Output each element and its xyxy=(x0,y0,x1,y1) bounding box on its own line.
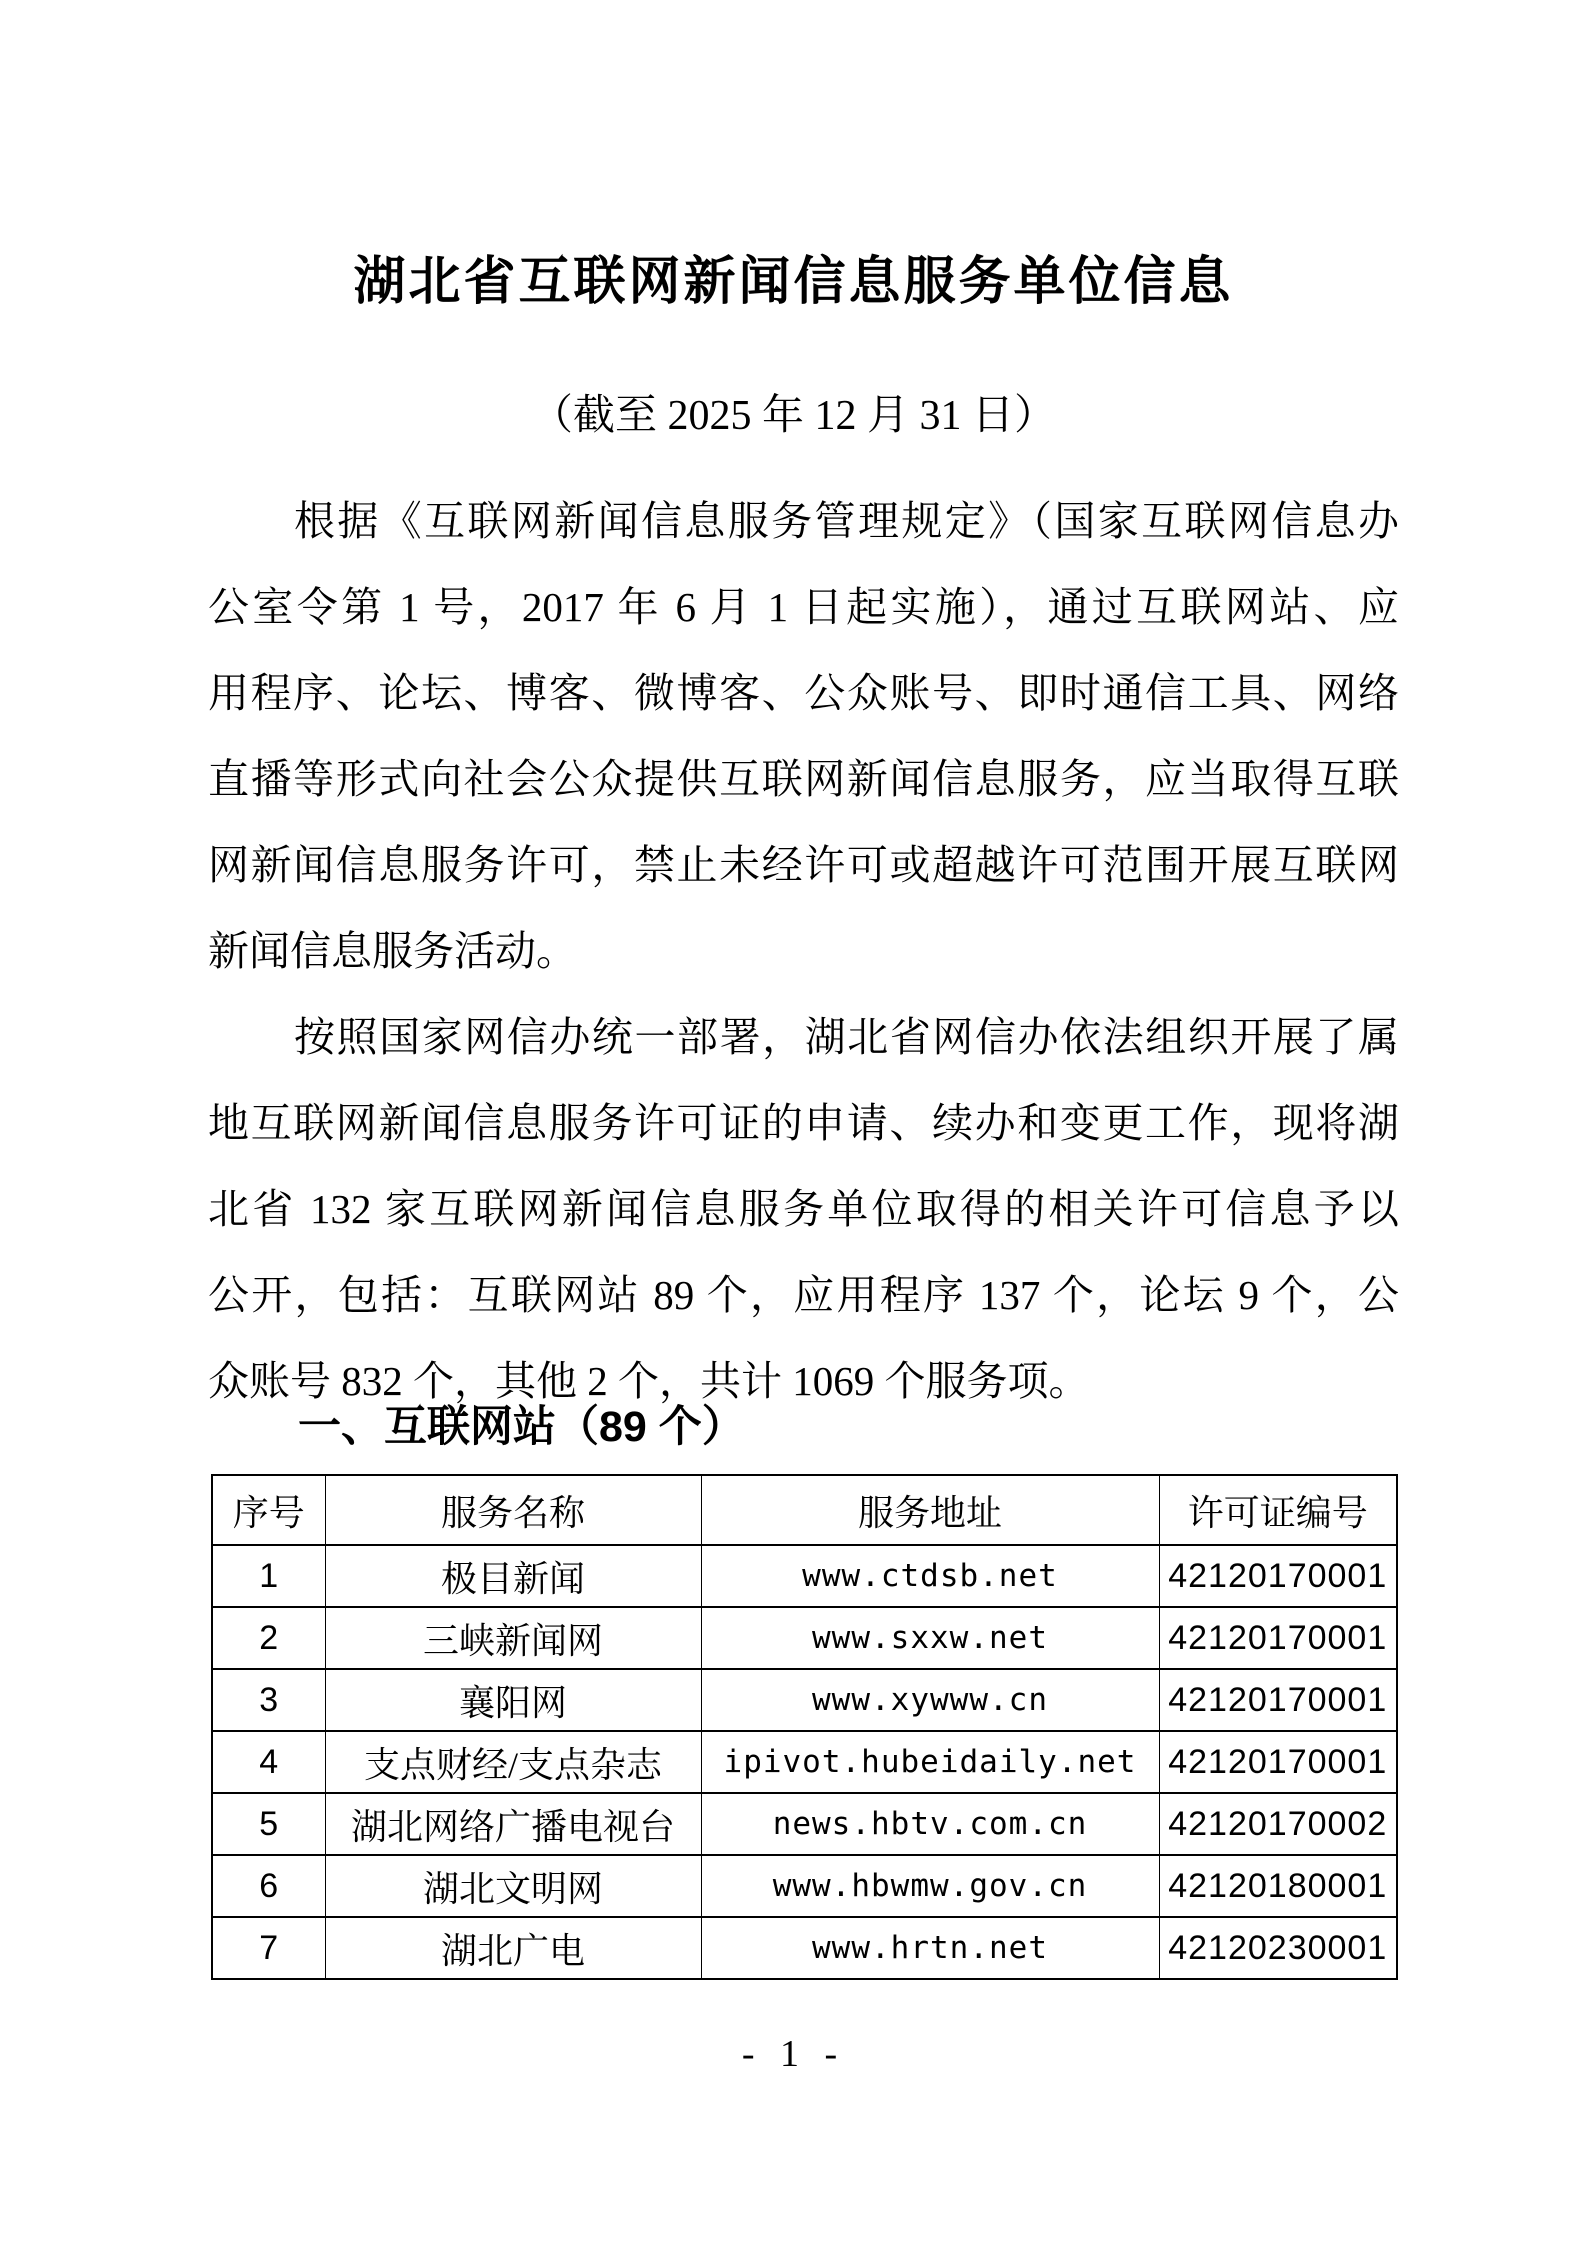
service-url-cell: www.hbwmw.gov.cn xyxy=(701,1855,1159,1917)
row-index-cell: 2 xyxy=(212,1607,325,1669)
body-line: 地互联网新闻信息服务许可证的申请、续办和变更工作，现将湖 xyxy=(208,1080,1399,1166)
service-url-cell: ipivot.hubeidaily.net xyxy=(701,1731,1159,1793)
section-heading-websites: 一、互联网站（89 个） xyxy=(208,1396,1399,1458)
service-name-cell: 极目新闻 xyxy=(325,1545,701,1607)
paragraph-2: 按照国家网信办统一部署，湖北省网信办依法组织开展了属 地互联网新闻信息服务许可证… xyxy=(208,994,1399,1424)
service-name-cell: 湖北广电 xyxy=(325,1917,701,1979)
service-name-cell: 湖北文明网 xyxy=(325,1855,701,1917)
service-url-cell: news.hbtv.com.cn xyxy=(701,1793,1159,1855)
license-cell: 42120170001 xyxy=(1159,1545,1397,1607)
table-row: 3 襄阳网 www.xywww.cn 42120170001 xyxy=(212,1669,1397,1731)
subtitle-date: （截至 2025 年 12 月 31 日） xyxy=(0,385,1587,447)
service-name-cell: 襄阳网 xyxy=(325,1669,701,1731)
table-row: 7 湖北广电 www.hrtn.net 42120230001 xyxy=(212,1917,1397,1979)
col-header-name: 服务名称 xyxy=(325,1475,701,1545)
page-number: - 1 - xyxy=(0,2032,1587,2076)
body-line: 北省 132 家互联网新闻信息服务单位取得的相关许可信息予以 xyxy=(208,1166,1399,1252)
table-row: 5 湖北网络广播电视台 news.hbtv.com.cn 42120170002 xyxy=(212,1793,1397,1855)
table-header-row: 序号 服务名称 服务地址 许可证编号 xyxy=(212,1475,1397,1545)
service-name-cell: 支点财经/支点杂志 xyxy=(325,1731,701,1793)
page-title: 湖北省互联网新闻信息服务单位信息 xyxy=(0,243,1587,321)
table-row: 4 支点财经/支点杂志 ipivot.hubeidaily.net 421201… xyxy=(212,1731,1397,1793)
document-page: 湖北省互联网新闻信息服务单位信息 （截至 2025 年 12 月 31 日） 根… xyxy=(0,0,1587,2245)
col-header-index: 序号 xyxy=(212,1475,325,1545)
license-cell: 42120170001 xyxy=(1159,1731,1397,1793)
service-url-cell: www.xywww.cn xyxy=(701,1669,1159,1731)
table-row: 2 三峡新闻网 www.sxxw.net 42120170001 xyxy=(212,1607,1397,1669)
service-name-cell: 湖北网络广播电视台 xyxy=(325,1793,701,1855)
body-line: 用程序、论坛、博客、微博客、公众账号、即时通信工具、网络 xyxy=(208,650,1399,736)
row-index-cell: 7 xyxy=(212,1917,325,1979)
service-url-cell: www.hrtn.net xyxy=(701,1917,1159,1979)
body-line: 按照国家网信办统一部署，湖北省网信办依法组织开展了属 xyxy=(208,994,1399,1080)
service-url-cell: www.sxxw.net xyxy=(701,1607,1159,1669)
col-header-license: 许可证编号 xyxy=(1159,1475,1397,1545)
col-header-address: 服务地址 xyxy=(701,1475,1159,1545)
row-index-cell: 5 xyxy=(212,1793,325,1855)
service-url-cell: www.ctdsb.net xyxy=(701,1545,1159,1607)
table-row: 6 湖北文明网 www.hbwmw.gov.cn 42120180001 xyxy=(212,1855,1397,1917)
row-index-cell: 6 xyxy=(212,1855,325,1917)
license-cell: 42120230001 xyxy=(1159,1917,1397,1979)
service-name-cell: 三峡新闻网 xyxy=(325,1607,701,1669)
license-cell: 42120180001 xyxy=(1159,1855,1397,1917)
body-line: 公开，包括：互联网站 89 个，应用程序 137 个，论坛 9 个，公 xyxy=(208,1252,1399,1338)
license-cell: 42120170002 xyxy=(1159,1793,1397,1855)
row-index-cell: 4 xyxy=(212,1731,325,1793)
license-cell: 42120170001 xyxy=(1159,1669,1397,1731)
license-cell: 42120170001 xyxy=(1159,1607,1397,1669)
body-line: 网新闻信息服务许可，禁止未经许可或超越许可范围开展互联网 xyxy=(208,822,1399,908)
body-line: 新闻信息服务活动。 xyxy=(208,908,1399,994)
table-row: 1 极目新闻 www.ctdsb.net 42120170001 xyxy=(212,1545,1397,1607)
services-table: 序号 服务名称 服务地址 许可证编号 1 极目新闻 www.ctdsb.net … xyxy=(211,1474,1398,1980)
row-index-cell: 3 xyxy=(212,1669,325,1731)
paragraph-1: 根据《互联网新闻信息服务管理规定》（国家互联网信息办 公室令第 1 号，2017… xyxy=(208,478,1399,994)
body-line: 根据《互联网新闻信息服务管理规定》（国家互联网信息办 xyxy=(208,478,1399,564)
body-line: 公室令第 1 号，2017 年 6 月 1 日起实施），通过互联网站、应 xyxy=(208,564,1399,650)
body-line: 直播等形式向社会公众提供互联网新闻信息服务，应当取得互联 xyxy=(208,736,1399,822)
row-index-cell: 1 xyxy=(212,1545,325,1607)
